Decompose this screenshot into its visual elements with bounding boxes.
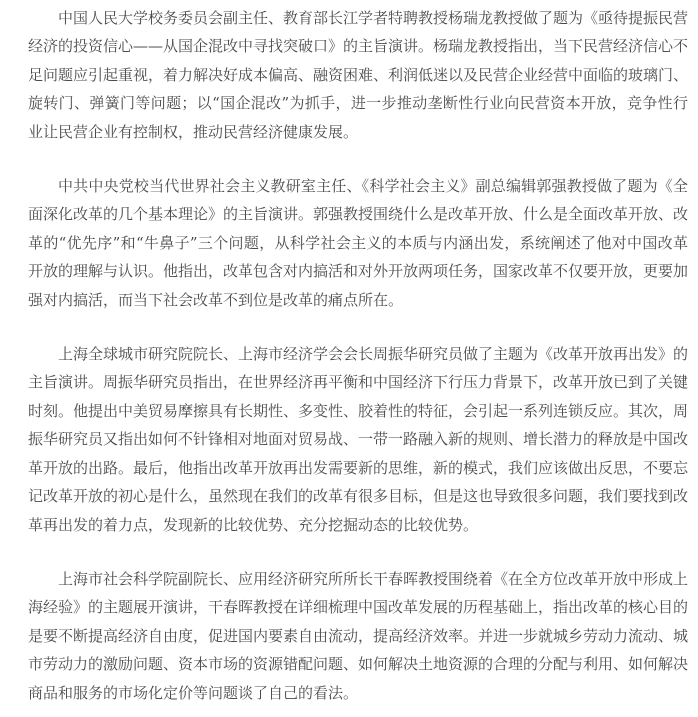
paragraph-speech-zhouzhenhua: 上海全球城市研究院院长、上海市经济学会会长周振华研究员做了主题为《改革开放再出发… — [28, 340, 688, 539]
paragraph-speech-guoqiang: 中共中央党校当代世界社会主义教研室主任、《科学社会主义》副总编辑郭强教授做了题为… — [28, 172, 688, 314]
article-body: 中国人民大学校务委员会副主任、教育部长江学者特聘教授杨瑞龙教授做了题为《亟待提振… — [28, 4, 688, 707]
paragraph-speech-yangruilong: 中国人民大学校务委员会副主任、教育部长江学者特聘教授杨瑞龙教授做了题为《亟待提振… — [28, 4, 688, 146]
document-page: 中国人民大学校务委员会副主任、教育部长江学者特聘教授杨瑞龙教授做了题为《亟待提振… — [0, 0, 698, 717]
paragraph-speech-ganchunhui: 上海市社会科学院副院长、应用经济研究所所长干春晖教授围绕着《在全方位改革开放中形… — [28, 565, 688, 707]
